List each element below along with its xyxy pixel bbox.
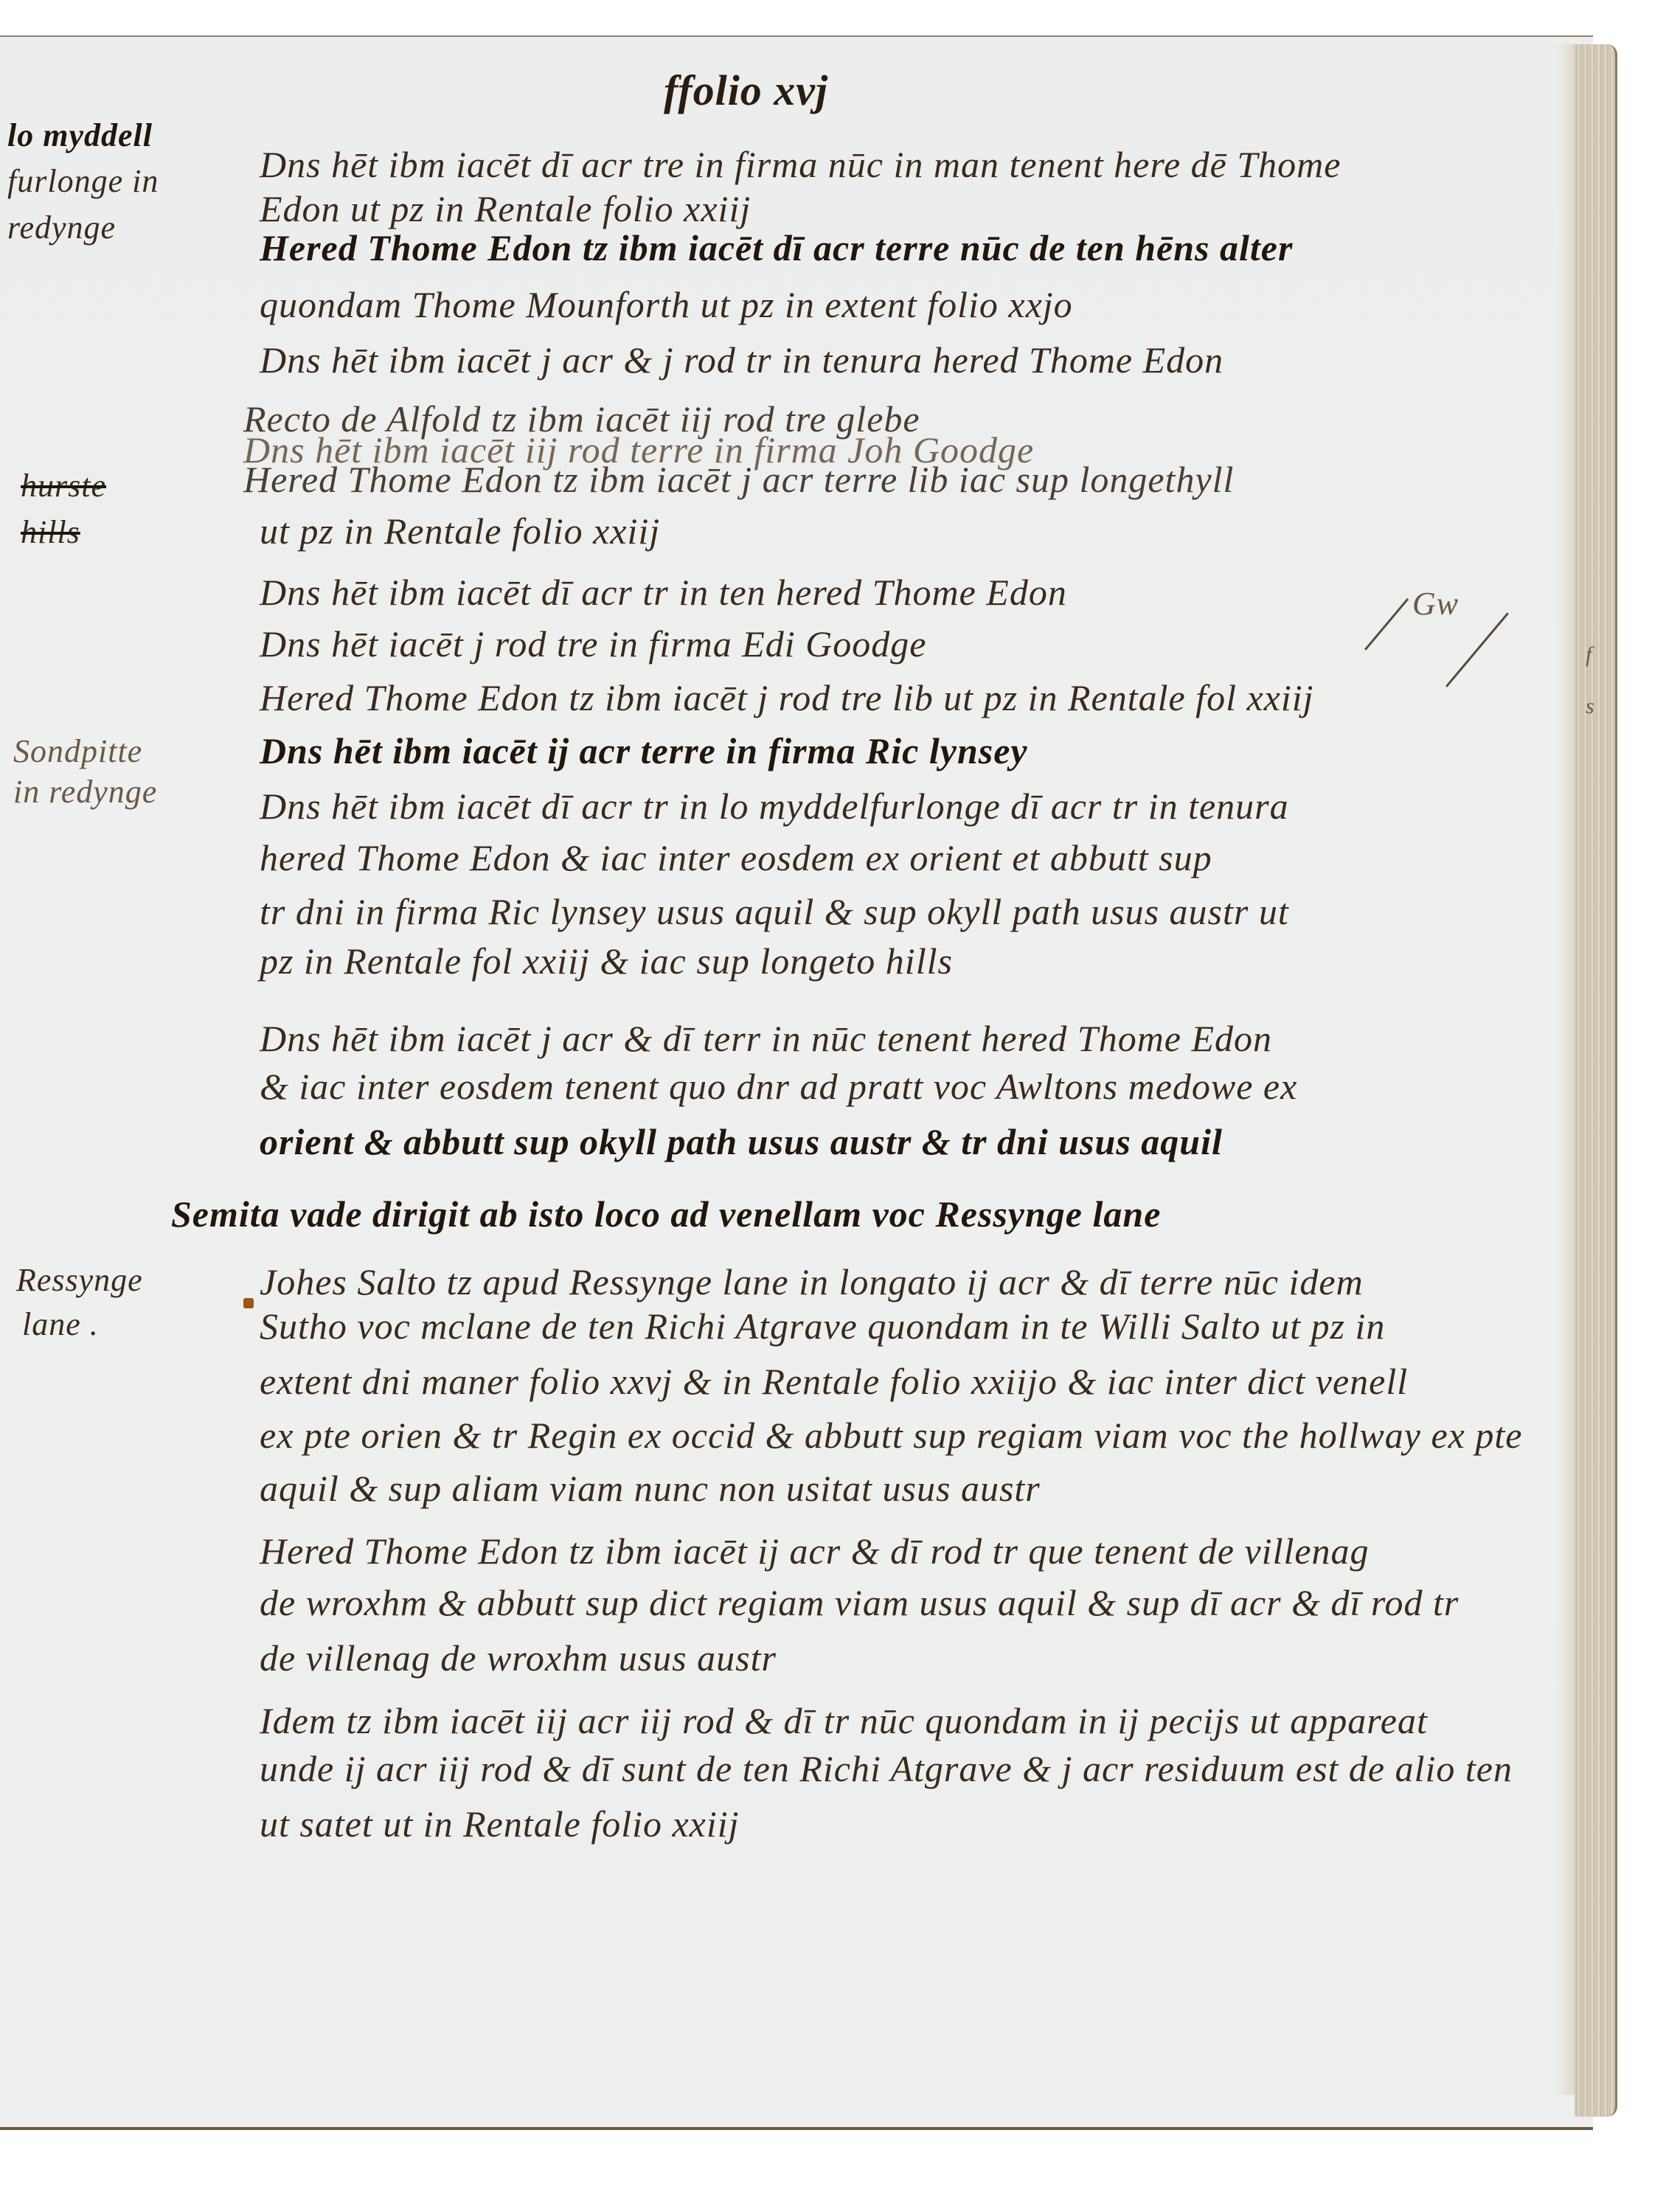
book-fore-edge — [1575, 44, 1617, 2117]
margin-note-3-line-2: in redynge — [13, 774, 157, 810]
fore-edge-mark-1: f — [1586, 634, 1592, 676]
text-line-14: Dns hēt ibm iacēt dī acr tr in lo myddel… — [260, 785, 1289, 827]
text-line-13: Dns hēt ibm iacēt ij acr terre in firma … — [260, 730, 1028, 771]
margin-note-2-line-1: hurste — [21, 468, 106, 504]
text-line-25: ex pte orien & tr Regin ex occid & abbut… — [260, 1415, 1522, 1456]
text-line-24: extent dni maner folio xxvj & in Rentale… — [260, 1361, 1408, 1402]
margin-note-1-line-2: furlonge in — [7, 164, 159, 199]
text-line-17: pz in Rentale fol xxiij & iac sup longet… — [260, 940, 953, 982]
text-line-22: Johes Salto tz apud Ressynge lane in lon… — [260, 1261, 1364, 1302]
text-line-18: Dns hēt ibm iacēt j acr & dī terr in nūc… — [260, 1018, 1272, 1059]
margin-note-3-line-1: Sondpitte — [13, 734, 142, 769]
text-line-19: & iac inter eosdem tenent quo dnr ad pra… — [260, 1066, 1297, 1107]
text-line-16: tr dni in firma Ric lynsey usus aquil & … — [260, 891, 1289, 932]
right-margin-note: Gw — [1412, 586, 1459, 622]
folio-heading: ffolio xvj — [664, 70, 828, 111]
text-line-27: Hered Thome Edon tz ibm iacēt ij acr & d… — [260, 1530, 1370, 1572]
text-line-11: Dns hēt iacēt j rod tre in firma Edi Goo… — [260, 623, 926, 665]
text-line-28: de wroxhm & abbutt sup dict regiam viam … — [260, 1582, 1459, 1623]
text-line-31: unde ij acr iij rod & dī sunt de ten Ric… — [260, 1748, 1513, 1789]
text-line-30: Idem tz ibm iacēt iij acr iij rod & dī t… — [260, 1700, 1428, 1741]
margin-note-2-line-2: hills — [21, 515, 80, 550]
margin-note-4-line-2: lane . — [22, 1307, 99, 1342]
text-line-26: aquil & sup aliam viam nunc non usitat u… — [260, 1468, 1041, 1509]
text-line-3: Hered Thome Edon tz ibm iacēt dī acr ter… — [260, 227, 1293, 268]
margin-note-4-line-1: Ressynge — [16, 1263, 143, 1298]
text-line-2: Edon ut pz in Rentale folio xxiij — [260, 188, 751, 229]
section-heading-ressynge-lane: Semita vade dirigit ab isto loco ad vene… — [171, 1193, 1161, 1235]
text-line-5: Dns hēt ibm iacēt j acr & j rod tr in te… — [260, 339, 1223, 381]
ink-blot — [243, 1298, 254, 1308]
text-line-23: Sutho voc mclane de ten Richi Atgrave qu… — [260, 1305, 1385, 1347]
text-line-4: quondam Thome Mounforth ut pz in extent … — [260, 284, 1073, 325]
text-line-8: Hered Thome Edon tz ibm iacēt j acr terr… — [243, 459, 1234, 500]
text-line-20: orient & abbutt sup okyll path usus aust… — [260, 1121, 1223, 1162]
fore-edge-mark-2: s — [1586, 686, 1595, 727]
text-line-10: Dns hēt ibm iacēt dī acr tr in ten hered… — [260, 572, 1067, 613]
text-line-32: ut satet ut in Rentale folio xxiij — [260, 1803, 740, 1845]
text-line-15: hered Thome Edon & iac inter eosdem ex o… — [260, 837, 1212, 878]
text-line-1: Dns hēt ibm iacēt dī acr tre in firma nū… — [260, 144, 1341, 185]
text-line-12: Hered Thome Edon tz ibm iacēt j rod tre … — [260, 677, 1314, 718]
text-line-29: de villenag de wroxhm usus austr — [260, 1637, 777, 1679]
page-edge-shadow — [1556, 44, 1577, 2095]
margin-note-1-line-1: lo myddell — [7, 118, 153, 153]
text-line-9: ut pz in Rentale folio xxiij — [260, 510, 660, 552]
margin-note-1-line-3: redynge — [7, 210, 116, 246]
